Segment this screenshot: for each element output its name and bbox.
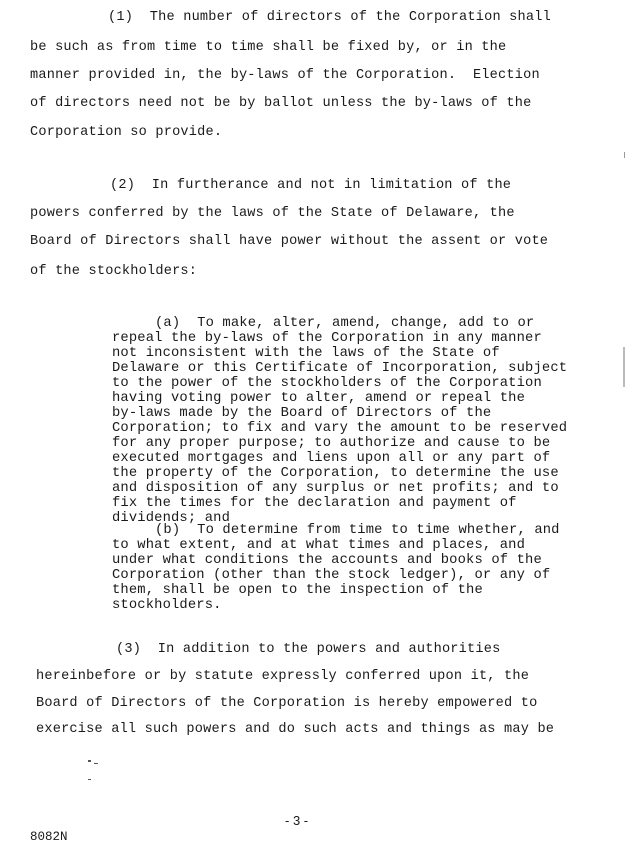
subparagraph-line: by-laws made by the Board of Directors o… xyxy=(112,406,491,421)
paragraph-line: hereinbefore or by statute expressly con… xyxy=(36,669,529,684)
paragraph-line: exercise all such powers and do such act… xyxy=(36,722,554,737)
subparagraph-line: them, shall be open to the inspection of… xyxy=(112,583,483,598)
subparagraph-line: Corporation; to fix and vary the amount … xyxy=(112,421,567,436)
scan-artifact xyxy=(88,760,91,762)
paragraph-line: (2) In furtherance and not in limitation… xyxy=(110,178,511,193)
paragraph-line: (1) The number of directors of the Corpo… xyxy=(108,10,551,25)
scan-artifact xyxy=(94,763,98,764)
subparagraph-line: executed mortgages and liens upon all or… xyxy=(112,451,550,466)
paragraph-line: Board of Directors shall have power with… xyxy=(30,234,548,249)
paragraph-line: of the stockholders: xyxy=(30,264,197,279)
paragraph-line: Corporation so provide. xyxy=(30,125,222,140)
paragraph-line: of directors need not be by ballot unles… xyxy=(30,96,531,111)
paragraph-line: be such as from time to time shall be fi… xyxy=(30,40,506,55)
subparagraph-line: (a) To make, alter, amend, change, add t… xyxy=(155,316,534,331)
document-code: 8082N xyxy=(30,830,68,844)
subparagraph-line: and disposition of any surplus or net pr… xyxy=(112,481,559,496)
subparagraph-line: repeal the by-laws of the Corporation in… xyxy=(112,331,542,346)
subparagraph-line: having voting power to alter, amend or r… xyxy=(112,391,525,406)
subparagraph-line: stockholders. xyxy=(112,598,222,613)
scan-artifact xyxy=(624,152,625,158)
paragraph-line: (3) In addition to the powers and author… xyxy=(116,642,500,657)
paragraph-line: powers conferred by the laws of the Stat… xyxy=(30,206,515,221)
subparagraph-line: the property of the Corporation, to dete… xyxy=(112,466,559,481)
scan-artifact xyxy=(88,779,91,780)
page-number: - 3 - xyxy=(285,813,308,828)
paragraph-line: manner provided in, the by-laws of the C… xyxy=(30,68,540,83)
scan-artifact xyxy=(623,347,625,387)
subparagraph-line: Delaware or this Certificate of Incorpor… xyxy=(112,361,567,376)
subparagraph-line: to what extent, and at what times and pl… xyxy=(112,538,525,553)
subparagraph-line: (b) To determine from time to time wheth… xyxy=(155,523,560,538)
subparagraph-line: Corporation (other than the stock ledger… xyxy=(112,568,550,583)
subparagraph-line: not inconsistent with the laws of the St… xyxy=(112,346,500,361)
subparagraph-line: for any proper purpose; to authorize and… xyxy=(112,436,550,451)
subparagraph-line: fix the times for the declaration and pa… xyxy=(112,496,517,511)
subparagraph-line: under what conditions the accounts and b… xyxy=(112,553,542,568)
paragraph-line: Board of Directors of the Corporation is… xyxy=(36,696,537,711)
subparagraph-line: to the power of the stockholders of the … xyxy=(112,376,542,391)
